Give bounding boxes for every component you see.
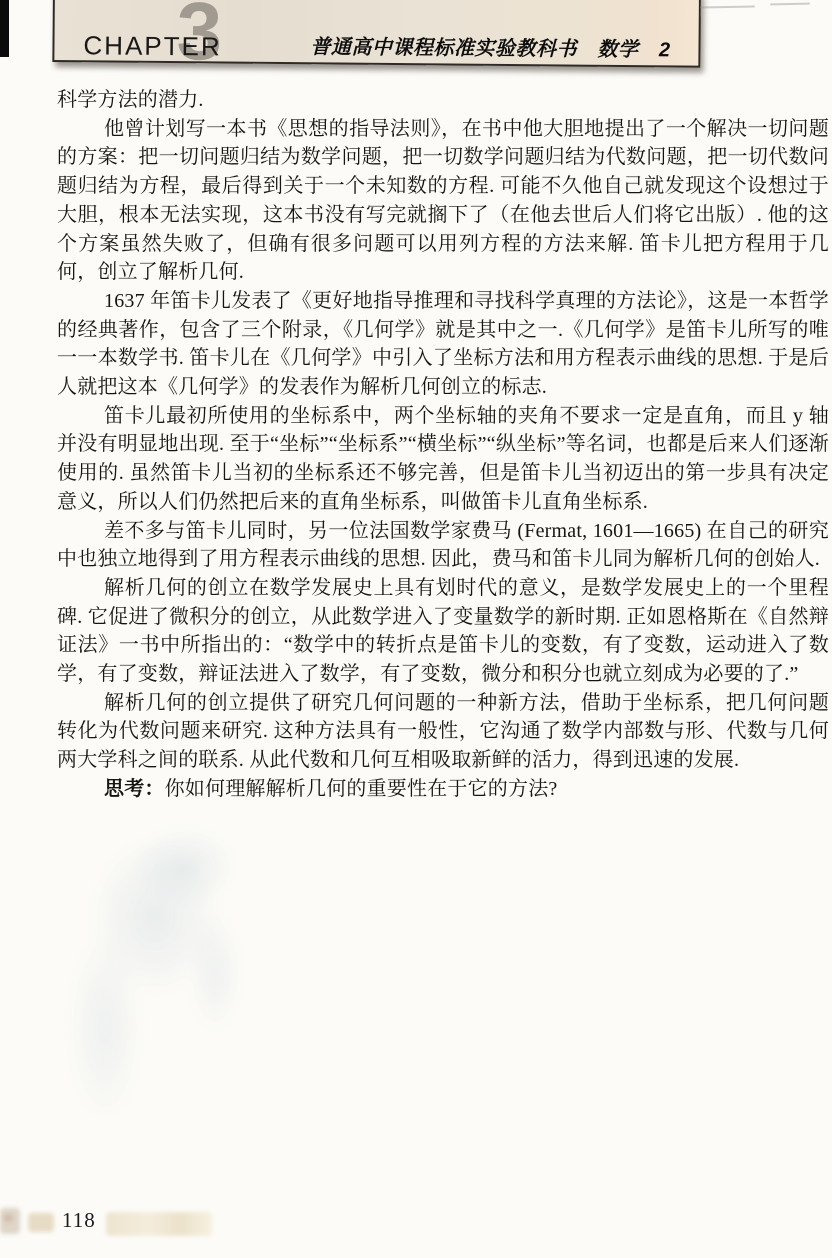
scan-artifact-line — [770, 3, 810, 6]
page-number: 118 — [62, 1208, 96, 1233]
think-paragraph: 思考：你如何理解解析几何的重要性在于它的方法? — [57, 775, 829, 804]
think-question: 你如何理解解析几何的重要性在于它的方法? — [165, 778, 558, 800]
scan-artifact-line — [700, 6, 755, 9]
paragraph: 解析几何的创立提供了研究几何问题的一种新方法，借助于坐标系，把几何问题转化为代数… — [57, 689, 829, 775]
chapter-label: CHAPTER — [83, 30, 222, 62]
scan-smudge — [28, 1213, 54, 1232]
think-label: 思考： — [104, 778, 165, 800]
chapter-banner: 3 CHAPTER 普通高中课程标准实验教科书 数学 2 — [52, 0, 701, 68]
paragraph-continuation: 科学方法的潜力. — [57, 86, 829, 115]
scan-bleedthrough-ghost — [45, 822, 275, 1112]
page-body: 科学方法的潜力. 他曾计划写一本书《思想的指导法则》，在书中他大胆地提出了一个解… — [57, 86, 829, 804]
scan-smudge — [106, 1212, 212, 1236]
textbook-page: 3 CHAPTER 普通高中课程标准实验教科书 数学 2 科学方法的潜力. 他曾… — [0, 0, 832, 1258]
page-edge-mark — [0, 0, 9, 57]
paragraph: 差不多与笛卡儿同时，另一位法国数学家费马 (Fermat, 1601—1665)… — [57, 517, 829, 574]
paragraph: 解析几何的创立在数学发展史上具有划时代的意义，是数学发展史上的一个里程碑. 它促… — [57, 574, 829, 689]
paragraph: 笛卡儿最初所使用的坐标系中，两个坐标轴的夹角不要求一定是直角，而且 y 轴并没有… — [57, 402, 829, 517]
scan-smudge — [0, 1208, 20, 1234]
paragraph: 1637 年笛卡儿发表了《更好地指导推理和寻找科学真理的方法论》，这是一本哲学的… — [57, 287, 829, 402]
book-title: 普通高中课程标准实验教科书 数学 2 — [310, 30, 690, 62]
paragraph: 他曾计划写一本书《思想的指导法则》，在书中他大胆地提出了一个解决一切问题的方案：… — [57, 115, 829, 287]
